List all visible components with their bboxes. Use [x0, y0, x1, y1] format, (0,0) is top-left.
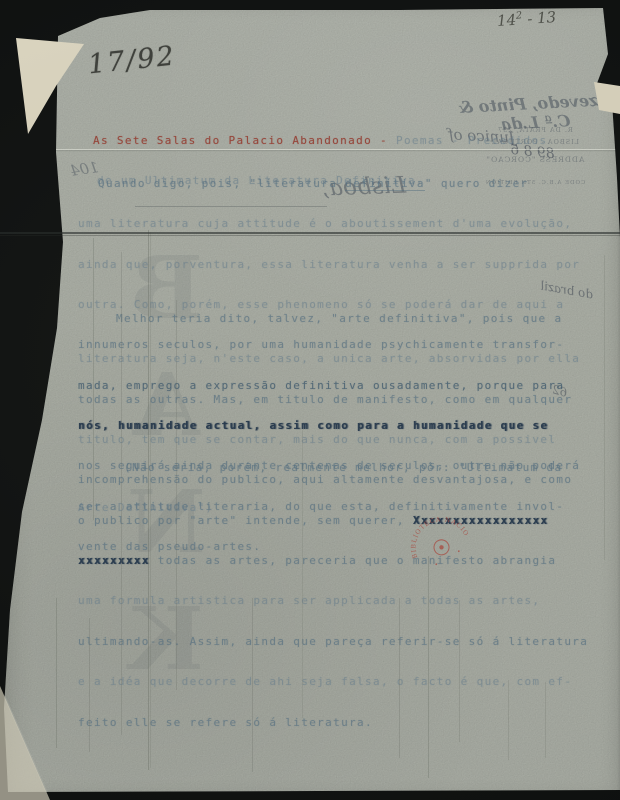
- paper-grain-texture: [0, 0, 620, 800]
- typed-segment-overstruck: Xxxxxxxxxxxxxxxxx: [413, 514, 549, 527]
- typed-line: (Não seria, porém, realmente melhor, pôr…: [78, 461, 563, 474]
- typed-segment: " quero dizer: [425, 177, 529, 190]
- svg-text:BIBLIOTECA NACIONAL: BIBLIOTECA NACIONAL: [391, 495, 470, 569]
- typed-line: ser a attitude literaria, do que esta, d…: [78, 500, 580, 513]
- stamp-emblem-ring: [431, 537, 451, 557]
- crease-line: [176, 300, 177, 690]
- crease-line: [89, 618, 90, 752]
- typed-line: innumeros seculos, por uma humanidade ps…: [78, 338, 580, 351]
- crease-line: [459, 600, 460, 742]
- ghost-margin-note-2: 62: [550, 382, 568, 399]
- typed-line: Melhor teria dito, talvez, "arte definit…: [78, 312, 588, 325]
- typed-line: nos seguirá ainda durante centenas de se…: [78, 459, 580, 472]
- document-title: As Sete Salas do Palacio Abandonado - Po…: [93, 107, 547, 215]
- crease-line: [399, 598, 400, 758]
- ghost-large-lettering: BANK: [116, 238, 217, 678]
- folio-number: 17/92: [87, 40, 178, 80]
- crease-line: [93, 238, 94, 520]
- fold-line-horizontal-dark: [0, 232, 620, 234]
- crease-line: [121, 252, 122, 735]
- ghost-letterhead-telegraph: ADDRESS "CORCAO": [455, 155, 615, 164]
- crease-line: [150, 232, 151, 768]
- paragraph-3: (Não seria, porém, realmente melhor, pôr…: [78, 434, 563, 542]
- typed-line: xxxxxxxxx todas as artes, pareceria que …: [78, 554, 588, 567]
- typed-line: vente das pseudo-artes.: [78, 540, 580, 553]
- crease-line: [508, 680, 509, 760]
- crease-line: [56, 598, 57, 748]
- crease-line: [302, 430, 303, 718]
- typed-line: uma literatura cuja attitude é o aboutis…: [78, 217, 580, 230]
- stamp-arc-text: BIBLIOTECA NACIONAL: [391, 495, 470, 569]
- catalog-mark-superscript: 2: [515, 10, 522, 21]
- typed-line: mada, emprego a expressão definitiva ous…: [78, 379, 580, 392]
- typed-line: ultimando-as. Assim, ainda que pareça re…: [78, 635, 588, 648]
- typed-line: incomprehensão do publico, aqui altament…: [78, 473, 588, 486]
- typed-segment: o publico por "arte" intende, sem querer…: [78, 514, 413, 527]
- document-title-line2: de um Ultimatum da Literatura Definitiva…: [93, 174, 547, 187]
- ghost-verso-number: 104: [69, 158, 100, 180]
- crease-line: [428, 556, 429, 778]
- ghost-margin-note-1: do brazil: [539, 278, 594, 301]
- fold-line-horizontal-dark: [0, 235, 620, 236]
- document-title-line1: As Sete Salas do Palacio Abandonado - Po…: [93, 134, 547, 147]
- crease-line: [252, 598, 253, 772]
- ghost-letterhead-code: CODE A.B.C. 5TH EDITION: [455, 180, 615, 186]
- paragraph-2: Melhor teria dito, talvez, "arte definit…: [78, 285, 588, 756]
- stamp-dot: [435, 563, 437, 565]
- typed-line: titulo, tem que se contar, mais do que n…: [78, 433, 588, 446]
- ghost-letterhead-company: Azevedo, Pinto & C.ª L.da: [454, 90, 616, 136]
- typed-line: e a idéa que decorre de ahi seja falsa, …: [78, 675, 588, 688]
- crease-line: [604, 255, 605, 560]
- scan-background: BANK Azevedo, Pinto & C.ª L.da R. DA PRA…: [0, 0, 620, 800]
- library-stamp: BIBLIOTECA NACIONAL: [391, 495, 487, 591]
- crease-line: [545, 682, 546, 758]
- stamp-emblem-center: [438, 544, 444, 550]
- typed-line: outra. Como, porém, esse phenomeno só se…: [78, 298, 580, 311]
- catalog-mark: 142 - 13: [496, 8, 556, 30]
- typed-segment-underlined: definitiva: [345, 177, 425, 191]
- ghost-letterhead-address: R. DA PRATA, 237: [455, 126, 615, 134]
- ghost-digit-marks: 89 8 6: [509, 142, 555, 163]
- typed-line: Arte Definitiva"): [78, 501, 563, 514]
- typed-line-overstruck: nós, humanidade actual, assim como para …: [78, 419, 580, 432]
- title-segment-red: As Sete Salas do Palacio Abandonado -: [93, 134, 396, 147]
- ghost-dateline: Lisboa,: [322, 173, 407, 202]
- ghost-letterhead-city: LISBOA - PORTUGAL: [455, 138, 615, 146]
- typed-line: o publico por "arte" intende, sem querer…: [78, 514, 588, 527]
- crease-line: [148, 230, 149, 770]
- ghost-script-annotation: Junico of: [448, 125, 516, 146]
- fold-line-horizontal-light: [56, 149, 618, 150]
- typed-segment: todas as artes, pareceria que o manifest…: [150, 554, 557, 567]
- typed-line: Quando digo, pois, "literatura definitiv…: [78, 177, 580, 190]
- stamp-dot: [458, 550, 460, 552]
- document-page: BANK Azevedo, Pinto & C.ª L.da R. DA PRA…: [0, 0, 620, 800]
- typed-line: ainda que, porventura, essa literatura v…: [78, 258, 580, 271]
- typed-line: uma formula artistica para ser applicada…: [78, 594, 588, 607]
- typed-segment: Quando digo, pois, "literatura: [98, 177, 345, 190]
- diagonal-crease: [0, 680, 60, 800]
- typed-line: feito elle se refere só á literatura.: [78, 716, 588, 729]
- title-segment-faded: Poemas - Precedidos: [396, 134, 547, 147]
- catalog-mark-rest: - 13: [522, 8, 557, 28]
- typed-segment-overstruck: xxxxxxxxx: [78, 554, 150, 567]
- catalog-mark-base: 14: [496, 11, 516, 30]
- paragraph-1: Quando digo, pois, "literatura definitiv…: [78, 150, 580, 581]
- ghost-dateline-rule: [135, 206, 327, 207]
- typed-line: literatura seja, n'este caso, a unica ar…: [78, 352, 588, 365]
- typed-line: todas as outras. Mas, em titulo de manif…: [78, 393, 588, 406]
